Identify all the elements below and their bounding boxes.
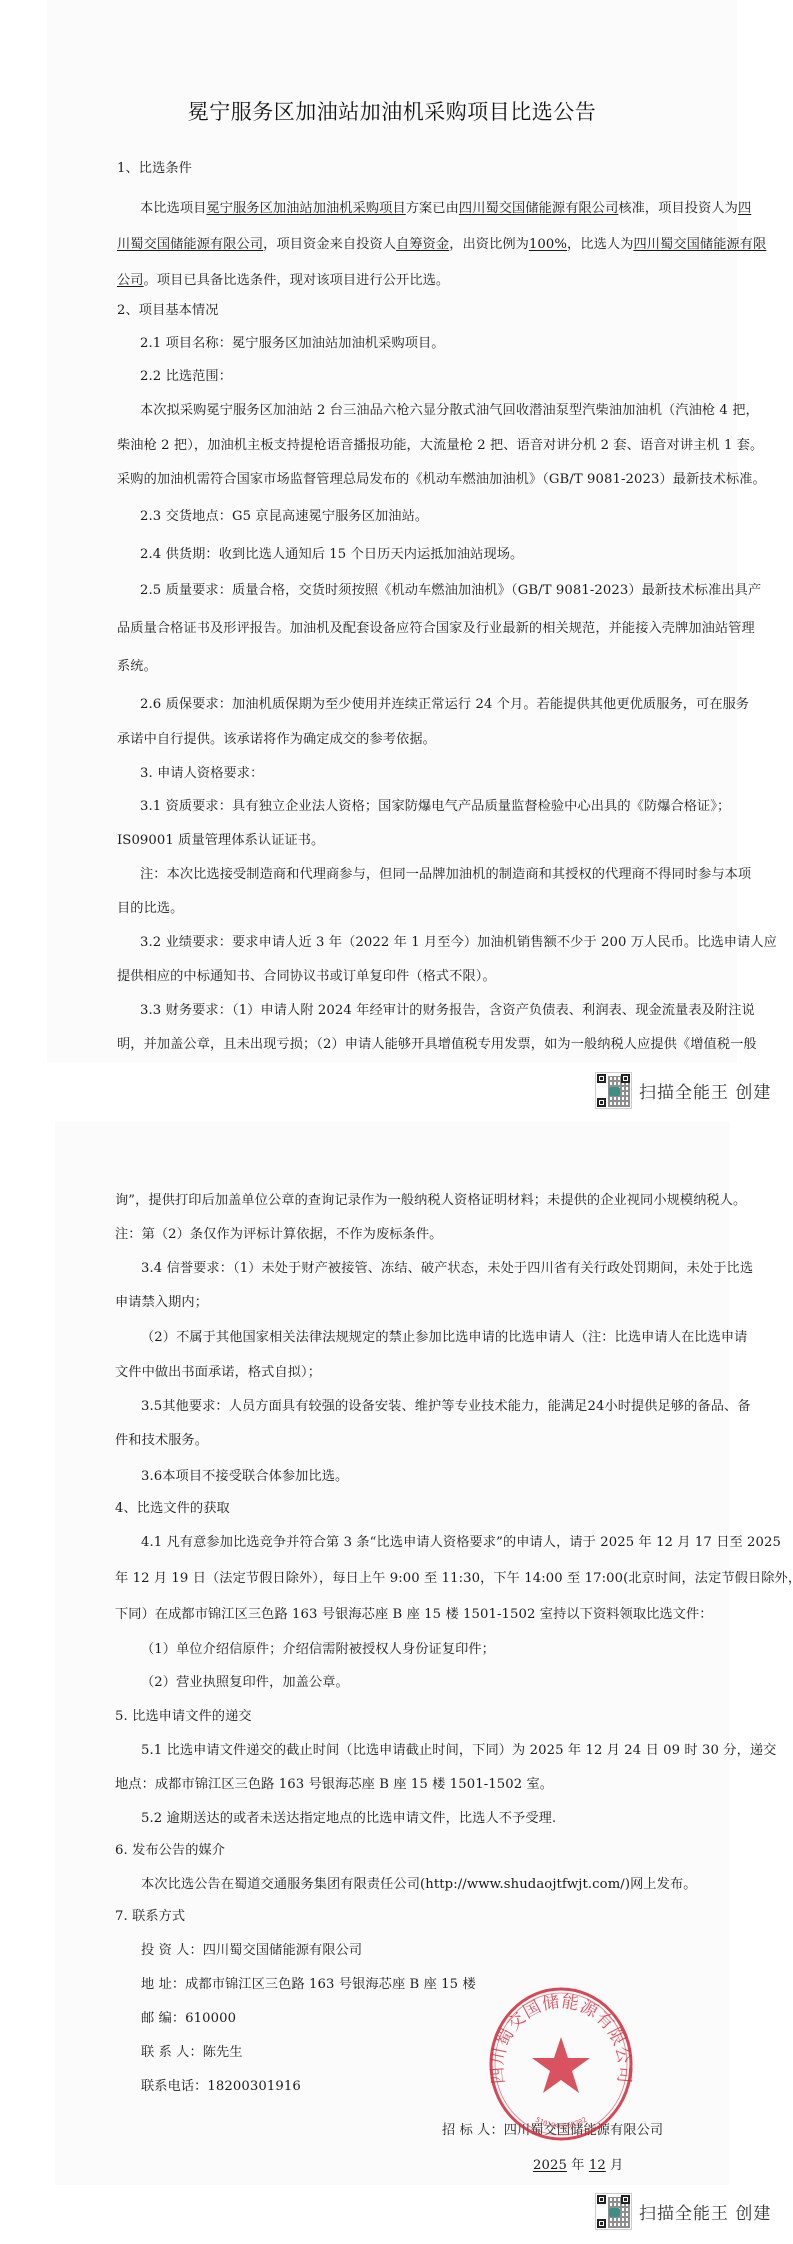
qr-code-icon (595, 2193, 632, 2230)
signature-date: 2025 年 12 月 (533, 2157, 623, 2175)
item-3-5-line-1: 3.5其他要求：人员方面具有较强的设备安装、维护等专业技术能力，能满足24小时提… (141, 1398, 751, 1416)
item-4-1-line-1: 4.1 凡有意参加比选竞争并符合第 3 条“比选申请人资格要求”的申请人，请于 … (141, 1534, 781, 1552)
company-seal-stamp: 四川蜀交国储能源有限公司 5101040560702 (487, 1985, 635, 2143)
item-4-1-line-3: 下同）在成都市锦江区三色路 163 号银海芯座 B 座 15 楼 1501-15… (115, 1606, 713, 1624)
item-3-4-line-4: 文件中做出书面承诺，格式自拟）； (115, 1364, 321, 1382)
contact-postcode: 邮 编：610000 (141, 2010, 236, 2028)
section-2-heading: 2、项目基本情况 (117, 302, 219, 320)
item-3-note-line-1: 注：本次比选接受制造商和代理商参与，但同一品牌加油机的制造商和其授权的代理商不得… (140, 866, 751, 884)
section-1-paragraph-line-1: 本比选项目冕宁服务区加油站加油机采购项目方案已由四川蜀交国储能源有限公司核准，项… (140, 200, 751, 218)
item-3-4-line-2: 申请禁入期内； (115, 1294, 208, 1312)
contact-investor: 投 资 人：四川蜀交国储能源有限公司 (141, 1942, 362, 1960)
watermark-text: 扫描全能王 创建 (639, 1078, 771, 1103)
item-4-1-list-1: （1）单位介绍信原件；介绍信需附被授权人身份证复印件； (141, 1641, 495, 1659)
item-3-3-line-1: 3.3 财务要求：（1）申请人附 2024 年经审计的财务报告，含资产负债表、利… (140, 1002, 755, 1020)
item-2-6-line-1: 2.6 质保要求：加油机质保期为至少使用并连续正常运行 24 个月。若能提供其他… (140, 696, 749, 714)
item-2-5-line-3: 系统。 (117, 658, 157, 676)
section-3-heading: 3. 申请人资格要求： (140, 765, 263, 783)
contact-phone: 联系电话：18200301916 (141, 2078, 301, 2096)
scanner-watermark-1: 扫描全能王 创建 (595, 1072, 771, 1109)
item-3-2-line-1: 3.2 业绩要求：要求申请人近 3 年（2022 年 1 月至今）加油机销售额不… (140, 934, 777, 952)
item-3-1-line-1: 3.1 资质要求：具有独立企业法人资格；国家防爆电气产品质量监督检验中心出具的《… (140, 798, 730, 816)
contact-address: 地 址：成都市锦江区三色路 163 号银海芯座 B 座 15 楼 (141, 1976, 476, 1994)
item-3-2-line-2: 提供相应的中标通知书、合同协议书或订单复印件（格式不限）。 (117, 968, 496, 986)
section-7-heading: 7. 联系方式 (115, 1908, 185, 1926)
item-6-paragraph: 本次比选公告在蜀道交通服务集团有限责任公司(http://www.shudaoj… (141, 1876, 697, 1894)
section-5-heading: 5. 比选申请文件的递交 (115, 1708, 252, 1726)
item-4-1-list-2: （2）营业执照复印件，加盖公章。 (141, 1674, 349, 1692)
section-6-heading: 6. 发布公告的媒介 (115, 1842, 225, 1860)
item-2-2-line-3: 采购的加油机需符合国家市场监督管理总局发布的《机动车燃油加油机》（GB/T 90… (117, 471, 766, 489)
document-title: 冕宁服务区加油站加油机采购项目比选公告 (47, 96, 737, 126)
item-4-1-line-2: 年 12 月 19 日（法定节假日除外），每日上午 9:00 至 11:30，下… (115, 1570, 793, 1588)
svg-text:5101040560702: 5101040560702 (534, 2116, 588, 2131)
item-2-2-line-1: 本次拟采购冕宁服务区加油站 2 台三油品六枪六显分散式油气回收潜油泵型汽柴油加油… (140, 402, 759, 420)
watermark-text: 扫描全能王 创建 (639, 2199, 771, 2224)
item-5-2: 5.2 逾期送达的或者未送达指定地点的比选申请文件，比选人不予受理. (141, 1810, 556, 1828)
item-2-3: 2.3 交货地点：G5 京昆高速冕宁服务区加油站。 (140, 508, 428, 526)
item-2-4: 2.4 供货期：收到比选人通知后 15 个日历天内运抵加油站现场。 (140, 546, 523, 564)
scanner-watermark-2: 扫描全能王 创建 (595, 2193, 771, 2230)
item-3-3-line-4: 询”，提供打印后加盖单位公章的查询记录作为一般纳税人资格证明材料；未提供的企业视… (115, 1192, 746, 1210)
item-2-5-line-2: 品质量合格证书及形评报告。加油机及配套设备应符合国家及行业最新的相关规范，并能接… (117, 620, 755, 638)
item-5-1-line-1: 5.1 比选申请文件递交的截止时间（比选申请截止时间，下同）为 2025 年 1… (141, 1742, 776, 1760)
item-3-6: 3.6本项目不接受联合体参加比选。 (141, 1468, 348, 1486)
scanned-page-1: 冕宁服务区加油站加油机采购项目比选公告 1、比选条件 本比选项目冕宁服务区加油站… (47, 0, 737, 1062)
item-2-2-line-2: 柴油枪 2 把），加油机主板支持提枪语音播报功能，大流量枪 2 把、语音对讲分机… (117, 437, 763, 455)
item-2-5-line-1: 2.5 质量要求：质量合格，交货时须按照《机动车燃油加油机》（GB/T 9081… (140, 582, 761, 600)
item-2-2: 2.2 比选范围： (140, 368, 232, 386)
item-3-1-line-2: IS09001 质量管理体系认证证书。 (117, 832, 324, 850)
section-1-paragraph-line-2: 川蜀交国储能源有限公司，项目资金来自投资人自筹资金，出资比例为100%，比选人为… (117, 236, 766, 254)
item-3-3-note: 注：第（2）条仅作为评标计算依据，不作为废标条件。 (115, 1226, 442, 1244)
contact-person: 联 系 人：陈先生 (141, 2044, 243, 2062)
item-2-1: 2.1 项目名称：冕宁服务区加油站加油机采购项目。 (140, 335, 445, 353)
item-3-3-line-2: 明，并加盖公章，且未出现亏损；（2）申请人能够开具增值税专用发票，如为一般纳税人… (117, 1036, 757, 1054)
section-1-heading: 1、比选条件 (117, 160, 192, 178)
item-3-note-line-2: 目的比选。 (117, 900, 183, 918)
item-3-4-line-3: （2）不属于其他国家相关法律法规规定的禁止参加比选申请的比选申请人（注：比选申请… (141, 1329, 747, 1347)
section-4-heading: 4、比选文件的获取 (115, 1500, 230, 1518)
qr-code-icon (595, 1072, 632, 1109)
item-3-4-line-1: 3.4 信誉要求：（1）未处于财产被接管、冻结、破产状态，未处于四川省有关行政处… (141, 1260, 753, 1278)
item-5-1-line-2: 地点：成都市锦江区三色路 163 号银海芯座 B 座 15 楼 1501-150… (115, 1776, 553, 1794)
item-2-6-line-2: 承诺中自行提供。该承诺将作为确定成交的参考依据。 (117, 731, 436, 749)
section-1-paragraph-line-3: 公司。项目已具备比选条件，现对该项目进行公开比选。 (117, 272, 449, 290)
item-3-5-line-2: 件和技术服务。 (115, 1432, 208, 1450)
